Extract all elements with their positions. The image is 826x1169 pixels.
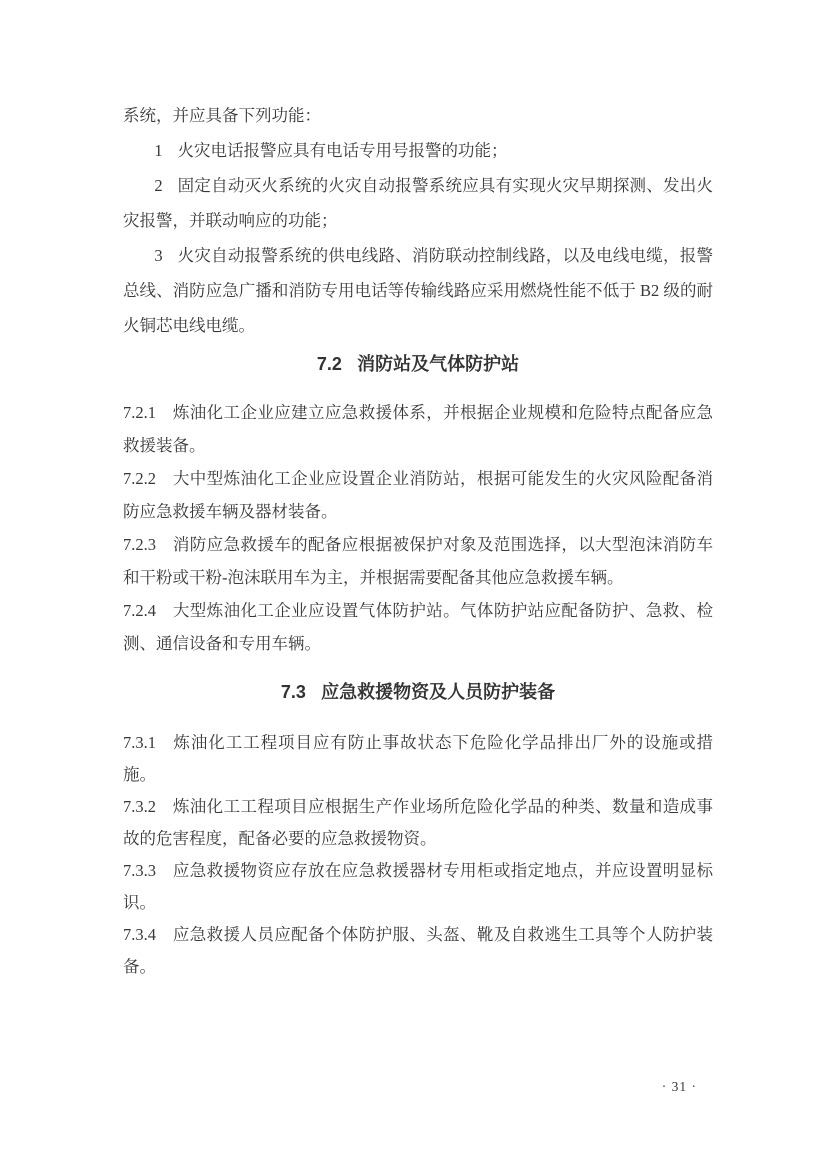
clause-number: 7.2.4 bbox=[123, 601, 156, 620]
clause-text: 炼油化工企业应建立应急救援体系，并根据企业规模和危险特点配备应急救援装备。 bbox=[123, 403, 713, 455]
clause-7-3-1: 7.3.1炼油化工工程项目应有防止事故状态下危险化学品排出厂外的设施或措施。 bbox=[123, 727, 713, 791]
clause-7-2-2: 7.2.2大中型炼油化工企业应设置企业消防站，根据可能发生的火灾风险配备消防应急… bbox=[123, 462, 713, 528]
list-item-1: 1火灾电话报警应具有电话专用号报警的功能； bbox=[123, 133, 713, 168]
section-7-2: 7.2消防站及气体防护站 7.2.1炼油化工企业应建立应急救援体系，并根据企业规… bbox=[123, 347, 713, 660]
clause-text: 消防应急救援车的配备应根据被保护对象及范围选择，以大型泡沫消防车和干粉或干粉-泡… bbox=[123, 535, 713, 587]
section-title: 应急救援物资及人员防护装备 bbox=[321, 682, 555, 702]
section-title: 消防站及气体防护站 bbox=[357, 354, 519, 374]
paragraph-continuation: 系统，并应具备下列功能： bbox=[123, 98, 713, 133]
clause-7-3-3: 7.3.3应急救援物资应存放在应急救援器材专用柜或指定地点，并应设置明显标识。 bbox=[123, 855, 713, 919]
list-item-text: 火灾电话报警应具有电话专用号报警的功能； bbox=[177, 141, 507, 160]
clause-7-2-3: 7.2.3消防应急救援车的配备应根据被保护对象及范围选择，以大型泡沫消防车和干粉… bbox=[123, 528, 713, 594]
list-item-number: 3 bbox=[154, 246, 162, 265]
clause-text: 炼油化工工程项目应有防止事故状态下危险化学品排出厂外的设施或措施。 bbox=[123, 733, 713, 784]
clause-number: 7.2.2 bbox=[123, 469, 156, 488]
clause-7-2-4: 7.2.4大型炼油化工企业应设置气体防护站。气体防护站应配备防护、急救、检测、通… bbox=[123, 594, 713, 660]
document-page: 系统，并应具备下列功能： 1火灾电话报警应具有电话专用号报警的功能； 2固定自动… bbox=[0, 0, 826, 1169]
section-7-3-clauses: 7.3.1炼油化工工程项目应有防止事故状态下危险化学品排出厂外的设施或措施。 7… bbox=[123, 727, 713, 983]
clause-number: 7.3.1 bbox=[123, 733, 156, 752]
clause-number: 7.2.3 bbox=[123, 535, 156, 554]
clause-number: 7.3.3 bbox=[123, 861, 156, 880]
section-7-2-clauses: 7.2.1炼油化工企业应建立应急救援体系，并根据企业规模和危险特点配备应急救援装… bbox=[123, 396, 713, 660]
clause-text: 应急救援物资应存放在应急救援器材专用柜或指定地点，并应设置明显标识。 bbox=[123, 861, 713, 912]
list-item-text: 固定自动灭火系统的火灾自动报警系统应具有实现火灾早期探测、发出火灾报警，并联动响… bbox=[123, 176, 713, 230]
list-item-2: 2固定自动灭火系统的火灾自动报警系统应具有实现火灾早期探测、发出火灾报警，并联动… bbox=[123, 168, 713, 238]
clause-7-2-1: 7.2.1炼油化工企业应建立应急救援体系，并根据企业规模和危险特点配备应急救援装… bbox=[123, 396, 713, 462]
section-heading-7-3: 7.3应急救援物资及人员防护装备 bbox=[123, 675, 713, 710]
section-7-3: 7.3应急救援物资及人员防护装备 7.3.1炼油化工工程项目应有防止事故状态下危… bbox=[123, 675, 713, 983]
clause-text: 大中型炼油化工企业应设置企业消防站，根据可能发生的火灾风险配备消防应急救援车辆及… bbox=[123, 469, 713, 521]
list-item-text: 火灾自动报警系统的供电线路、消防联动控制线路，以及电线电缆，报警总线、消防应急广… bbox=[123, 246, 713, 335]
section-heading-7-2: 7.2消防站及气体防护站 bbox=[123, 347, 713, 382]
list-item-number: 2 bbox=[154, 176, 162, 195]
section-number: 7.3 bbox=[281, 682, 306, 702]
page-number: · 31 · bbox=[662, 1078, 697, 1096]
clause-7-3-2: 7.3.2炼油化工工程项目应根据生产作业场所危险化学品的种类、数量和造成事故的危… bbox=[123, 791, 713, 855]
clause-text: 炼油化工工程项目应根据生产作业场所危险化学品的种类、数量和造成事故的危害程度，配… bbox=[123, 797, 713, 848]
clause-7-3-4: 7.3.4应急救援人员应配备个体防护服、头盔、靴及自救逃生工具等个人防护装备。 bbox=[123, 919, 713, 983]
clause-number: 7.3.2 bbox=[123, 797, 156, 816]
list-item-number: 1 bbox=[154, 141, 162, 160]
clause-text: 应急救援人员应配备个体防护服、头盔、靴及自救逃生工具等个人防护装备。 bbox=[123, 925, 713, 976]
clause-number: 7.2.1 bbox=[123, 403, 156, 422]
list-item-3: 3火灾自动报警系统的供电线路、消防联动控制线路，以及电线电缆，报警总线、消防应急… bbox=[123, 238, 713, 343]
document-content: 系统，并应具备下列功能： 1火灾电话报警应具有电话专用号报警的功能； 2固定自动… bbox=[123, 98, 713, 983]
clause-number: 7.3.4 bbox=[123, 925, 156, 944]
section-number: 7.2 bbox=[317, 354, 342, 374]
clause-text: 大型炼油化工企业应设置气体防护站。气体防护站应配备防护、急救、检测、通信设备和专… bbox=[123, 601, 713, 653]
